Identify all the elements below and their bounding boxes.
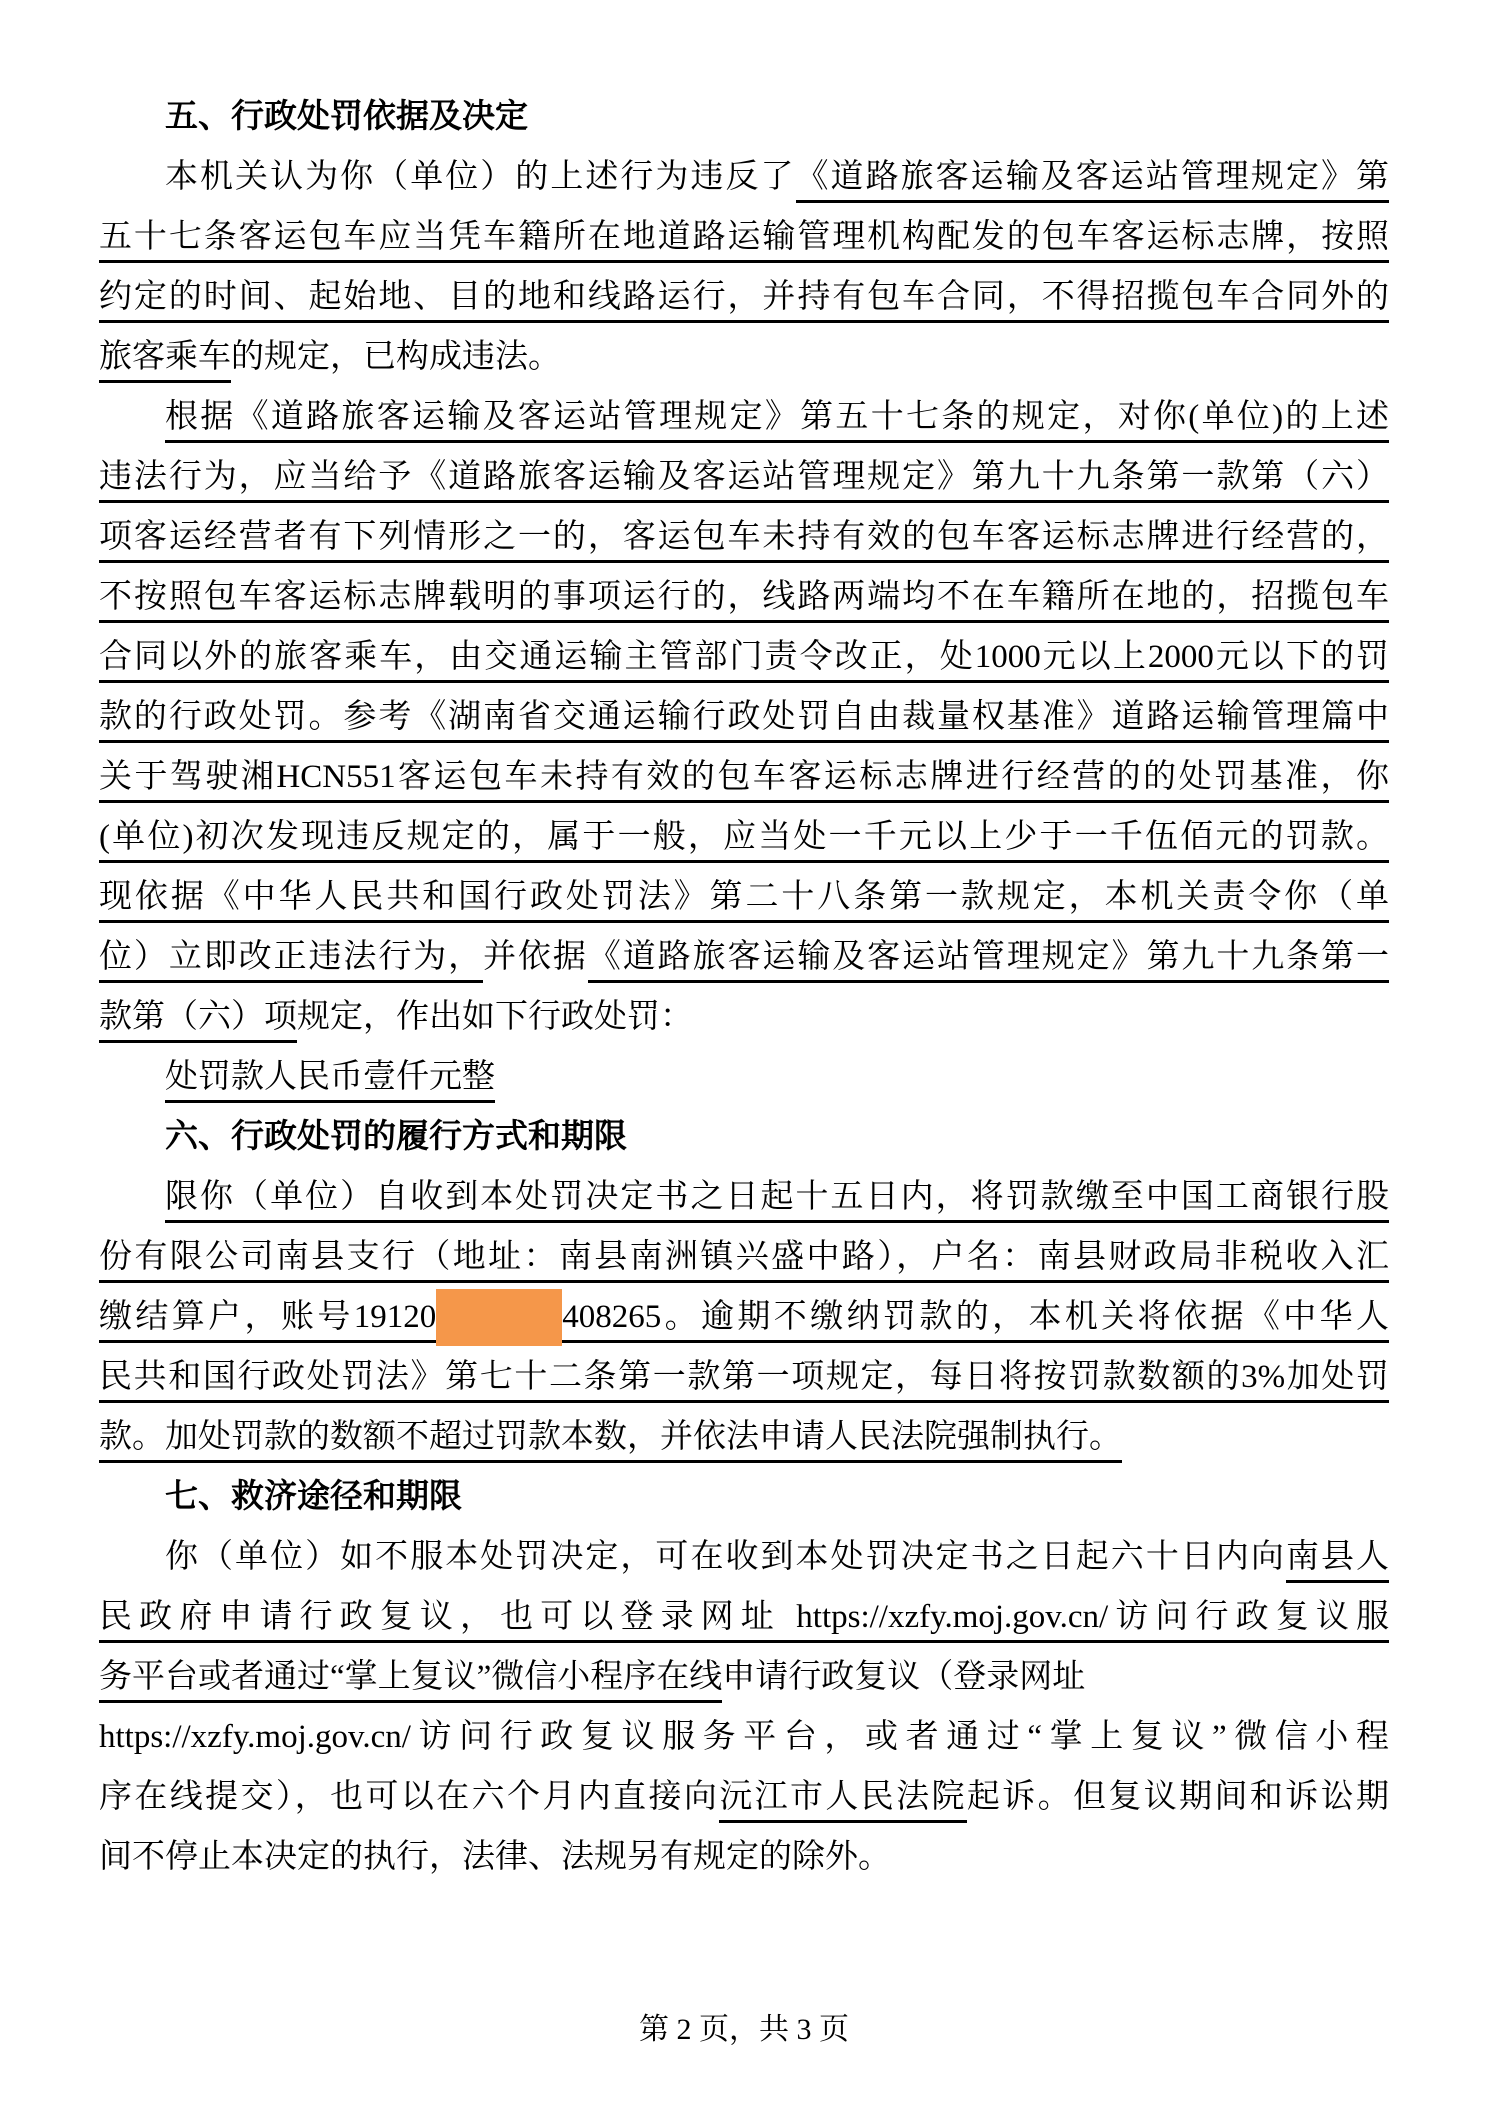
text-line: (单位)初次发现违反规定的，属于一般，应当处一千元以上少于一千伍佰元的罚款。 xyxy=(99,807,1389,867)
text-line: 款的行政处罚。参考《湖南省交通运输行政处罚自由裁量权基准》道路运输管理篇中 xyxy=(99,687,1389,747)
text-line: 民共和国行政处罚法》第七十二条第一款第一项规定，每日将按罚款数额的3%加处罚 xyxy=(99,1347,1389,1407)
text-line: 份有限公司南县支行（地址：南县南洲镇兴盛中路），户名：南县财政局非税收入汇 xyxy=(99,1227,1389,1287)
text-line: 现依据《中华人民共和国行政处罚法》第二十八条第一款规定，本机关责令你（单 xyxy=(99,867,1389,927)
underlined-text: 限你（单位）自收到本处罚决定书之日起十五日内，将罚款缴至中国工商银行股 xyxy=(165,1179,1389,1223)
underlined-text: 处罚款人民币壹仟元整 xyxy=(165,1059,495,1103)
underlined-text: 合同以外的旅客乘车，由交通运输主管部门责令改正，处1000元以上2000元以下的… xyxy=(99,639,1389,683)
text-line: 合同以外的旅客乘车，由交通运输主管部门责令改正，处1000元以上2000元以下的… xyxy=(99,627,1389,687)
underlined-text: 南县人 xyxy=(1286,1539,1389,1583)
underlined-text: 款。加处罚款的数额不超过罚款本数，并依法申请人民法院强制执行。 xyxy=(99,1419,1122,1463)
text-line: 限你（单位）自收到本处罚决定书之日起十五日内，将罚款缴至中国工商银行股 xyxy=(99,1167,1389,1227)
text-line: 务平台或者通过“掌上复议”微信小程序在线申请行政复议（登录网址 xyxy=(99,1647,1389,1707)
text-line: 你（单位）如不服本处罚决定，可在收到本处罚决定书之日起六十日内向南县人 xyxy=(99,1527,1389,1587)
underlined-text: 旅客乘车 xyxy=(99,339,231,383)
underlined-text: 关于驾驶湘HCN551客运包车未持有效的包车客运标志牌进行经营的的处罚基准，你 xyxy=(99,759,1389,803)
text-line: 项客运经营者有下列情形之一的，客运包车未持有效的包车客运标志牌进行经营的， xyxy=(99,507,1389,567)
text-line: 五十七条客运包车应当凭车籍所在地道路运输管理机构配发的包车客运标志牌，按照 xyxy=(99,207,1389,267)
text-line: 本机关认为你（单位）的上述行为违反了《道路旅客运输及客运站管理规定》第 xyxy=(99,147,1389,207)
underlined-text: 缴结算户，账号19120 xyxy=(99,1299,436,1343)
page-footer: 第 2 页，共 3 页 xyxy=(0,2000,1488,2060)
text-run: 间不停止本决定的执行，法律、法规另有规定的除外。 xyxy=(99,1839,891,1875)
text-run: 六、行政处罚的履行方式和期限 xyxy=(165,1119,627,1155)
text-line: 款。加处罚款的数额不超过罚款本数，并依法申请人民法院强制执行。 xyxy=(99,1407,1389,1467)
underlined-text: 民政府申请行政复议，也可以登录网址 https://xzfy.moj.gov.c… xyxy=(99,1599,1389,1643)
section-7-heading: 七、救济途径和期限 xyxy=(99,1467,1389,1527)
underlined-text: 沅江市人民法院 xyxy=(719,1779,967,1823)
text-line: 违法行为，应当给予《道路旅客运输及客运站管理规定》第九十九条第一款第（六） xyxy=(99,447,1389,507)
text-run: 申请行政复议（登录网址 xyxy=(722,1659,1085,1695)
underlined-text: 务平台或者通过“掌上复议”微信小程序在线 xyxy=(99,1659,722,1703)
underlined-text: 不按照包车客运标志牌载明的事项运行的，线路两端均不在车籍所在地的，招揽包车 xyxy=(99,579,1389,623)
underlined-text: 五十七条客运包车应当凭车籍所在地道路运输管理机构配发的包车客运标志牌，按照 xyxy=(99,219,1389,263)
underlined-text: (单位)初次发现违反规定的，属于一般，应当处一千元以上少于一千伍佰元的罚款。 xyxy=(99,819,1389,863)
text-run: 你（单位）如不服本处罚决定，可在收到本处罚决定书之日起六十日内向 xyxy=(165,1539,1286,1575)
text-line: 旅客乘车的规定，已构成违法。 xyxy=(99,327,1389,387)
document-body: 五、行政处罚依据及决定本机关认为你（单位）的上述行为违反了《道路旅客运输及客运站… xyxy=(99,87,1389,1887)
text-line: https://xzfy.moj.gov.cn/访问行政复议服务平台，或者通过“… xyxy=(99,1707,1389,1767)
underlined-text: 款的行政处罚。参考《湖南省交通运输行政处罚自由裁量权基准》道路运输管理篇中 xyxy=(99,699,1389,743)
penalty-amount-line: 处罚款人民币壹仟元整 xyxy=(99,1047,1389,1107)
underlined-text: 根据《道路旅客运输及客运站管理规定》第五十七条的规定，对你(单位)的上述 xyxy=(165,399,1389,443)
underlined-text: 款第（六）项 xyxy=(99,999,297,1043)
text-line: 约定的时间、起始地、目的地和线路运行，并持有包车合同，不得招揽包车合同外的 xyxy=(99,267,1389,327)
text-run: 七、救济途径和期限 xyxy=(165,1479,462,1515)
section-6-heading: 六、行政处罚的履行方式和期限 xyxy=(99,1107,1389,1167)
text-line: 序在线提交），也可以在六个月内直接向沅江市人民法院起诉。但复议期间和诉讼期 xyxy=(99,1767,1389,1827)
underlined-text: 民共和国行政处罚法》第七十二条第一款第一项规定，每日将按罚款数额的3%加处罚 xyxy=(99,1359,1389,1403)
underlined-text: 《道路旅客运输及客运站管理规定》第 xyxy=(796,159,1389,203)
underlined-text: 《道路旅客运输及客运站管理规定》第九十九条第一 xyxy=(588,939,1389,983)
text-run: 并依据 xyxy=(483,939,588,975)
text-line: 间不停止本决定的执行，法律、法规另有规定的除外。 xyxy=(99,1827,1389,1887)
underlined-text: 违法行为，应当给予《道路旅客运输及客运站管理规定》第九十九条第一款第（六） xyxy=(99,459,1389,503)
section-5-heading: 五、行政处罚依据及决定 xyxy=(99,87,1389,147)
text-line: 不按照包车客运标志牌载明的事项运行的，线路两端均不在车籍所在地的，招揽包车 xyxy=(99,567,1389,627)
document-page: 五、行政处罚依据及决定本机关认为你（单位）的上述行为违反了《道路旅客运输及客运站… xyxy=(0,0,1488,2104)
account-line: 缴结算户，账号19120408265。逾期不缴纳罚款的，本机关将依据《中华人 xyxy=(99,1287,1389,1347)
underlined-text: 份有限公司南县支行（地址：南县南洲镇兴盛中路），户名：南县财政局非税收入汇 xyxy=(99,1239,1389,1283)
text-run: 本机关认为你（单位）的上述行为违反了 xyxy=(165,159,796,195)
text-line: 款第（六）项规定，作出如下行政处罚： xyxy=(99,987,1389,1047)
underlined-text: 位）立即改正违法行为， xyxy=(99,939,483,983)
text-line: 关于驾驶湘HCN551客运包车未持有效的包车客运标志牌进行经营的的处罚基准，你 xyxy=(99,747,1389,807)
text-line: 根据《道路旅客运输及客运站管理规定》第五十七条的规定，对你(单位)的上述 xyxy=(99,387,1389,447)
underlined-text: 约定的时间、起始地、目的地和线路运行，并持有包车合同，不得招揽包车合同外的 xyxy=(99,279,1389,323)
text-run: 的规定，已构成违法。 xyxy=(231,339,561,375)
text-run: 起诉。但复议期间和诉讼期 xyxy=(967,1779,1389,1815)
text-run: https://xzfy.moj.gov.cn/访问行政复议服务平台，或者通过“… xyxy=(99,1719,1389,1755)
underlined-text: 项客运经营者有下列情形之一的，客运包车未持有效的包车客运标志牌进行经营的， xyxy=(99,519,1389,563)
text-line: 民政府申请行政复议，也可以登录网址 https://xzfy.moj.gov.c… xyxy=(99,1587,1389,1647)
text-line: 位）立即改正违法行为，并依据《道路旅客运输及客运站管理规定》第九十九条第一 xyxy=(99,927,1389,987)
underlined-text: 现依据《中华人民共和国行政处罚法》第二十八条第一款规定，本机关责令你（单 xyxy=(99,879,1389,923)
text-run: 序在线提交），也可以在六个月内直接向 xyxy=(99,1779,719,1815)
underlined-text: 408265。逾期不缴纳罚款的，本机关将依据《中华人 xyxy=(562,1299,1389,1343)
text-run: 五、行政处罚依据及决定 xyxy=(165,99,528,135)
redaction-box xyxy=(436,1289,562,1346)
text-run: 规定，作出如下行政处罚： xyxy=(297,999,693,1035)
